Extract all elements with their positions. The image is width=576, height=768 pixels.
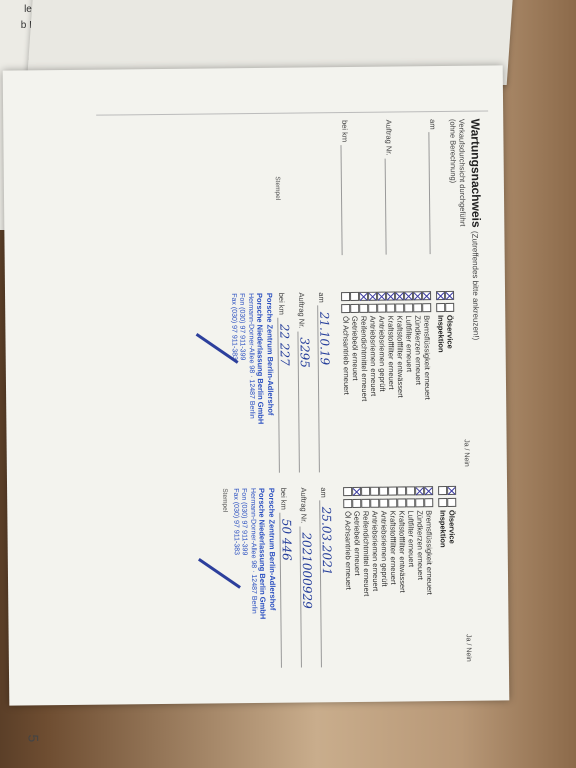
service-type-label: Ölservice <box>447 510 456 544</box>
service-type-label: Inspektion <box>436 315 445 353</box>
checkbox-ja[interactable] <box>370 487 379 496</box>
checkbox-ja[interactable] <box>359 292 368 301</box>
am-label: am <box>428 119 437 130</box>
checkbox-nein[interactable] <box>359 304 368 313</box>
checkbox-nein[interactable] <box>350 304 359 313</box>
handwritten-value: 50 446 <box>279 519 293 561</box>
checkbox-ja[interactable] <box>445 291 454 300</box>
field-label: am <box>319 487 328 498</box>
checkbox-nein[interactable] <box>422 303 431 312</box>
checkbox-ja[interactable] <box>413 291 422 300</box>
field-line <box>428 132 442 254</box>
checklist-item-label: Öl Achsantrieb erneuert <box>341 316 351 395</box>
checklist-row: Kraftstofffilter erneuert <box>386 292 397 472</box>
field-line: 22 227 <box>277 318 292 473</box>
page-number: 5 <box>26 734 42 742</box>
field-line <box>340 145 354 255</box>
handwritten-value: 21.10.19 <box>317 312 332 366</box>
field-label: bei km <box>279 488 288 510</box>
handwritten-value: 3295 <box>297 337 311 368</box>
field-line <box>385 158 399 254</box>
checkbox-nein[interactable] <box>343 499 352 508</box>
checkbox-nein[interactable] <box>361 499 370 508</box>
checkbox-nein[interactable] <box>386 304 395 313</box>
checkbox-nein[interactable] <box>388 499 397 508</box>
checkbox-nein[interactable] <box>368 304 377 313</box>
checkbox-ja[interactable] <box>343 487 352 496</box>
title-text: Wartungsnachweis <box>468 119 483 228</box>
checklist-item-label: Kraftstofffilter erneuert <box>386 316 396 390</box>
checkbox-ja[interactable] <box>436 291 445 300</box>
service-type-row: Inspektion <box>438 486 449 666</box>
field-line: 50 446 <box>279 513 294 668</box>
ja-nein-header: Ja / Nein <box>463 439 470 467</box>
checklist-row: Reifendichtmittel erneuert <box>361 487 372 667</box>
stempel-label: Stempel <box>273 121 281 256</box>
mileage-field[interactable]: bei km50 446 <box>279 488 295 668</box>
checklist-row: Öl Achsantrieb erneuert <box>343 487 354 667</box>
checkbox-nein[interactable] <box>415 498 424 507</box>
service-booklet-page: Wartungsnachweis (Zutreffendes bitte ank… <box>3 65 510 705</box>
date-field[interactable]: am21.10.19 <box>317 292 333 472</box>
checkbox-ja[interactable] <box>415 486 424 495</box>
checkbox-nein[interactable] <box>341 304 350 313</box>
checkbox-nein[interactable] <box>413 303 422 312</box>
service-entry-1: Ja / NeinÖlserviceInspektionBremsflüssig… <box>229 291 470 473</box>
field-line: 25.03.2021 <box>319 501 334 668</box>
mileage-field[interactable]: bei km22 227 <box>277 293 293 473</box>
checklist-item-label: Bremsflüssigkeit erneuert <box>422 315 432 400</box>
checkbox-ja[interactable] <box>438 486 447 495</box>
field-label: Auftrag Nr. <box>297 292 306 328</box>
checklist-item-label: Kraftstofffilter erneuert <box>388 511 398 585</box>
checkbox-ja[interactable] <box>386 292 395 301</box>
checklist-row: Kraftstofffilter entwässert <box>397 486 408 666</box>
checkbox-ja[interactable] <box>379 487 388 496</box>
checkbox-ja[interactable] <box>447 486 456 495</box>
field-label: bei km <box>277 293 286 315</box>
checkbox-ja[interactable] <box>424 486 433 495</box>
sale-am-field[interactable]: am <box>428 119 443 254</box>
stamp-line: Hermann-Dorner-Allee 98 · 12487 Berlin <box>247 293 255 419</box>
checklist-item-label: Reifendichtmittel erneuert <box>361 511 371 597</box>
checkbox-ja[interactable] <box>368 292 377 301</box>
checklist-item-label: Kraftstofffilter entwässert <box>395 315 405 397</box>
checkbox-ja[interactable] <box>388 487 397 496</box>
rotated-form: Wartungsnachweis (Zutreffendes bitte ank… <box>48 111 494 676</box>
handwritten-value: 22 227 <box>277 324 291 366</box>
checkbox-nein[interactable] <box>424 498 433 507</box>
checklist-item-label: Zündkerzen erneuert <box>413 315 423 385</box>
sale-km-field[interactable]: bei km <box>340 120 355 255</box>
checklist-row: Antriebsriemen erneuert <box>370 487 381 667</box>
stamp-line: Porsche Zentrum Berlin-Adlershof <box>267 488 277 611</box>
checklist-row: Zündkerzen erneuert <box>415 486 426 666</box>
order-number-field[interactable]: Auftrag Nr.3295 <box>297 292 313 472</box>
checklist-row: Antriebsriemen erneuert <box>368 292 379 472</box>
sale-inspection-column: Verkaufsdurchsicht durchgeführt (ohne Be… <box>273 119 467 256</box>
service-type-row: Inspektion <box>436 291 447 471</box>
stamp-line: Porsche Niederlassung Berlin GmbH <box>258 488 268 619</box>
checklist-row: Reifendichtmittel erneuert <box>359 292 370 472</box>
checkbox-nein[interactable] <box>352 499 361 508</box>
stamp-line: Fax (030) 97 911-383 <box>230 293 238 360</box>
checkbox-nein[interactable] <box>377 304 386 313</box>
checklist-row: Kraftstofffilter erneuert <box>388 487 399 667</box>
stamp-line: Hermann-Dorner-Allee 98 · 12487 Berlin <box>249 488 257 614</box>
checklist-row: Bremsflüssigkeit erneuert <box>422 291 433 471</box>
dealer-stamp: Porsche Zentrum Berlin-AdlershofPorsche … <box>229 293 275 473</box>
checklist-row: Antriebsriemen geprüft <box>377 292 388 472</box>
checklist-item-label: Antriebsriemen geprüft <box>377 316 387 392</box>
checkbox-ja[interactable] <box>361 487 370 496</box>
title-note: (Zutreffendes bitte ankreuzen!) <box>470 231 480 340</box>
service-type-label: Inspektion <box>438 510 447 548</box>
checklist-item-label: Luftfilter erneuert <box>404 315 414 372</box>
checkbox-nein[interactable] <box>406 498 415 507</box>
checkbox-ja[interactable] <box>406 486 415 495</box>
checkbox-ja[interactable] <box>350 292 359 301</box>
stamp-line: Fon (030) 97 911-399 <box>239 293 247 360</box>
checkbox-ja[interactable] <box>404 291 413 300</box>
sale-auftrag-field[interactable]: Auftrag Nr. <box>384 119 399 254</box>
checkbox-nein[interactable] <box>404 303 413 312</box>
checklist-item-label: Getriebeöl erneuert <box>350 316 360 381</box>
stamp-line: Porsche Niederlassung Berlin GmbH <box>256 293 266 424</box>
checkbox-nein[interactable] <box>447 498 456 507</box>
checkbox-ja[interactable] <box>422 291 431 300</box>
km-label: bei km <box>340 120 349 142</box>
checklist-row: Zündkerzen erneuert <box>413 291 424 471</box>
form-title: Wartungsnachweis (Zutreffendes bitte ank… <box>468 119 484 341</box>
ja-nein-header: Ja / Nein <box>465 634 472 662</box>
sale-inspection-label: Verkaufsdurchsicht durchgeführt <box>457 119 467 254</box>
checklist-item-label: Antriebsriemen erneuert <box>368 316 378 397</box>
service-entry-2: Ja / NeinÖlserviceInspektionBremsflüssig… <box>222 486 472 669</box>
stamp-line: Fax (030) 97 911-383 <box>232 488 240 555</box>
checkbox-ja[interactable] <box>341 292 350 301</box>
checklist-item-label: Antriebsriemen geprüft <box>379 511 389 587</box>
checkbox-nein[interactable] <box>370 499 379 508</box>
dealer-stamp: Porsche Zentrum Berlin-AdlershofPorsche … <box>231 488 277 668</box>
checkbox-ja[interactable] <box>352 487 361 496</box>
service-type-row: Ölservice <box>447 486 458 666</box>
field-line: 2021000929 <box>299 526 313 667</box>
checklist-item-label: Öl Achsantrieb erneuert <box>343 511 353 590</box>
checkbox-nein[interactable] <box>395 303 404 312</box>
service-type-row: Ölservice <box>445 291 456 471</box>
stamp-line: Porsche Zentrum Berlin-Adlershof <box>265 293 275 416</box>
field-line: 3295 <box>297 331 311 472</box>
checkbox-ja[interactable] <box>397 486 406 495</box>
handwritten-value: 2021000929 <box>300 532 315 609</box>
checklist-item-label: Kraftstofffilter entwässert <box>397 510 407 592</box>
checklist-row: Bremsflüssigkeit erneuert <box>424 486 435 666</box>
date-field[interactable]: am25.03.2021 <box>319 487 335 667</box>
field-line: 21.10.19 <box>317 306 332 473</box>
checkbox-ja[interactable] <box>377 292 386 301</box>
auftrag-label: Auftrag Nr. <box>384 120 393 156</box>
checkbox-ja[interactable] <box>395 291 404 300</box>
checklist-item-label: Bremsflüssigkeit erneuert <box>424 510 434 595</box>
checklist-item-label: Luftfilter erneuert <box>406 510 416 567</box>
checklist-row: Antriebsriemen geprüft <box>379 487 390 667</box>
field-label: am <box>317 292 326 303</box>
checklist-item-label: Getriebeöl erneuert <box>352 511 362 576</box>
stamp-line: Fon (030) 97 911-399 <box>241 488 249 555</box>
service-type-label: Ölservice <box>445 315 454 349</box>
checkbox-nein[interactable] <box>379 499 388 508</box>
checkbox-nein[interactable] <box>438 498 447 507</box>
checkbox-nein[interactable] <box>445 303 454 312</box>
handwritten-value: 25.03.2021 <box>319 507 334 576</box>
field-label: Auftrag Nr. <box>299 487 308 523</box>
checkbox-nein[interactable] <box>397 498 406 507</box>
checklist-row: Öl Achsantrieb erneuert <box>341 292 352 472</box>
checklist-item-label: Reifendichtmittel erneuert <box>359 316 369 402</box>
checkbox-nein[interactable] <box>436 303 445 312</box>
checklist-item-label: Antriebsriemen erneuert <box>370 511 380 592</box>
checklist-row: Kraftstofffilter entwässert <box>395 291 406 471</box>
order-number-field[interactable]: Auftrag Nr.2021000929 <box>299 487 315 667</box>
checklist-item-label: Zündkerzen erneuert <box>415 510 425 580</box>
